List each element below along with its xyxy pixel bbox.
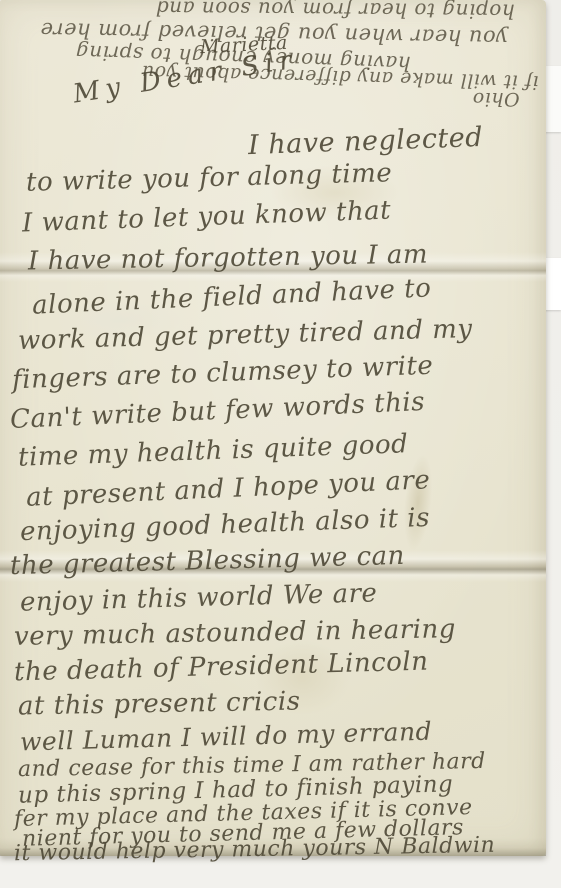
letter-line: very much astounded in hearing <box>14 614 456 652</box>
letter-line: time my health is quite good <box>18 429 409 473</box>
letter-line: at this present cricis <box>18 687 301 722</box>
letter-line: alone in the field and have to <box>32 273 432 320</box>
letter-line: I want to let you know that <box>22 196 392 239</box>
letter-line: work and get pretty tired and my <box>18 314 473 356</box>
letter-line: I have not forgotten you I am <box>28 240 429 277</box>
letter-line: I have neglected <box>248 122 484 161</box>
letter-line: enjoy in this world We are <box>20 578 378 617</box>
letter-line: the death of President Lincoln <box>14 647 429 688</box>
inverted-postscript-fragment: Ohio <box>452 88 540 110</box>
letter-line: the greatest Blessing we can <box>10 541 406 581</box>
letter-line: to write you for along time <box>26 158 393 198</box>
letter-paper: hoping to hear from you soon and you hea… <box>0 0 546 856</box>
scan-background: hoping to hear from you soon and you hea… <box>0 0 561 888</box>
letter-line: Can't write but few words this <box>10 387 426 435</box>
